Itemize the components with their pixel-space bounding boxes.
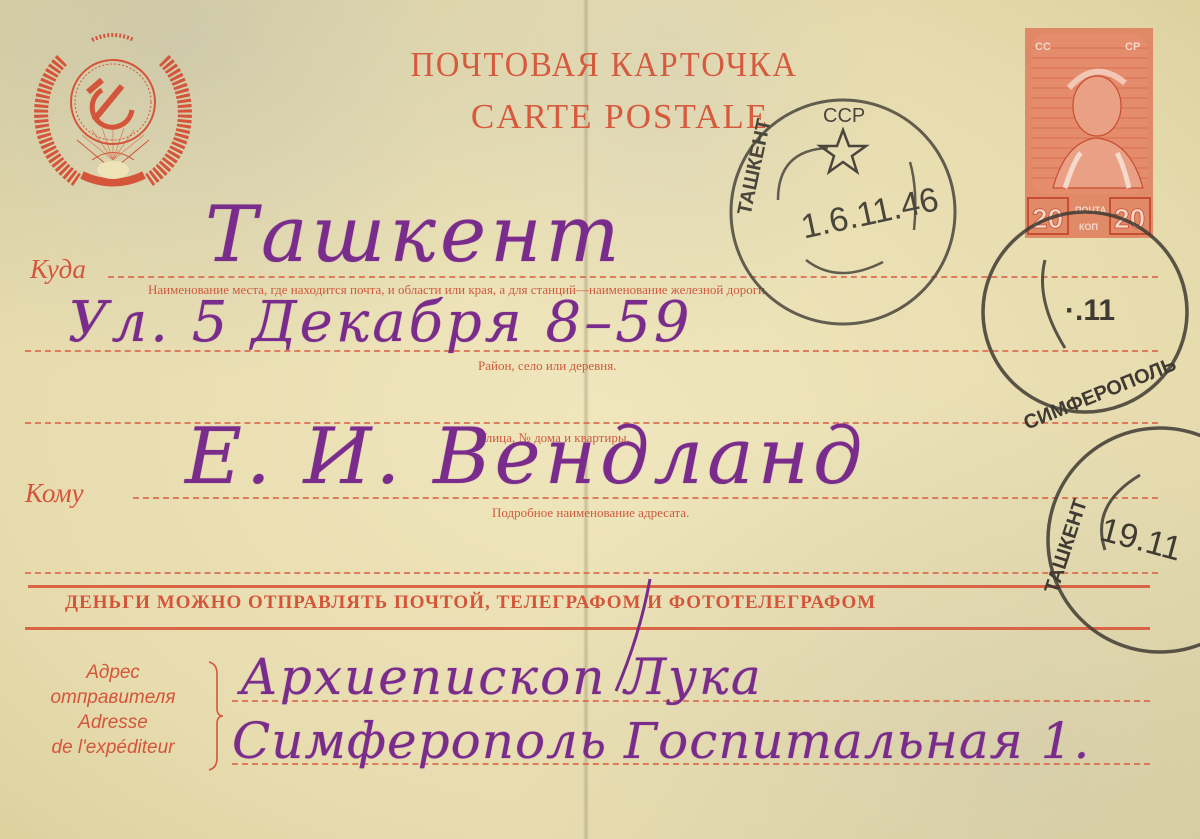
- where-hint-2: Район, село или деревня.: [478, 358, 616, 374]
- postmark-simferopol: ·.11 СИМФЕРОПОЛЬ: [965, 200, 1200, 430]
- svg-text:·.11: ·.11: [1065, 294, 1115, 327]
- to-hint: Подробное наименование адресата.: [492, 505, 689, 521]
- star-icon: [820, 130, 866, 172]
- notice-rule-top: [28, 585, 1150, 588]
- postmark-tashkent-1: ССР 1.6.11.46 ТАШКЕНТ: [718, 90, 968, 335]
- to-label: Кому: [25, 478, 84, 509]
- handwritten-street: Ул. 5 Декабря 8–59: [68, 290, 692, 355]
- handwritten-recipient: Е. И. Вендланд: [185, 412, 866, 502]
- to-line-2: [25, 572, 1158, 574]
- money-transfer-notice: ДЕНЬГИ МОЖНО ОТПРАВЛЯТЬ ПОЧТОЙ, ТЕЛЕГРАФ…: [65, 592, 1125, 614]
- svg-text:1.6.11.46: 1.6.11.46: [798, 180, 942, 246]
- handwritten-stroke: [610, 575, 660, 695]
- sender-label-fr-1: Adresse: [28, 710, 198, 735]
- ussr-coat-of-arms-icon: [22, 20, 204, 200]
- where-label: Куда: [30, 254, 86, 285]
- handwritten-city: Ташкент: [205, 190, 624, 280]
- svg-text:СС: СС: [1035, 41, 1051, 53]
- notice-rule-bottom: [25, 627, 1150, 630]
- card-title-russian: ПОЧТОВАЯ КАРТОЧКА: [360, 45, 848, 85]
- postcard: ПОЧТОВАЯ КАРТОЧКА CARTE POSTALE СС СР 20…: [0, 0, 1200, 839]
- sender-label: Адрес отправителя Adresse de l'expéditeu…: [28, 660, 198, 760]
- svg-text:19.11: 19.11: [1096, 511, 1186, 569]
- sender-label-ru-1: Адрес: [28, 660, 198, 685]
- sender-label-fr-2: de l'expéditeur: [28, 735, 198, 760]
- handwritten-sender-name: Архиепископ Лука: [240, 648, 763, 706]
- handwritten-sender-address: Симферополь Госпитальная 1.: [232, 712, 1090, 770]
- curly-brace-icon: [205, 660, 225, 772]
- postmark-tashkent-2: 19.11 ТАШКЕНТ: [1020, 415, 1200, 665]
- sender-label-ru-2: отправителя: [28, 685, 198, 710]
- svg-text:ССР: ССР: [823, 105, 865, 127]
- svg-text:СР: СР: [1125, 41, 1140, 53]
